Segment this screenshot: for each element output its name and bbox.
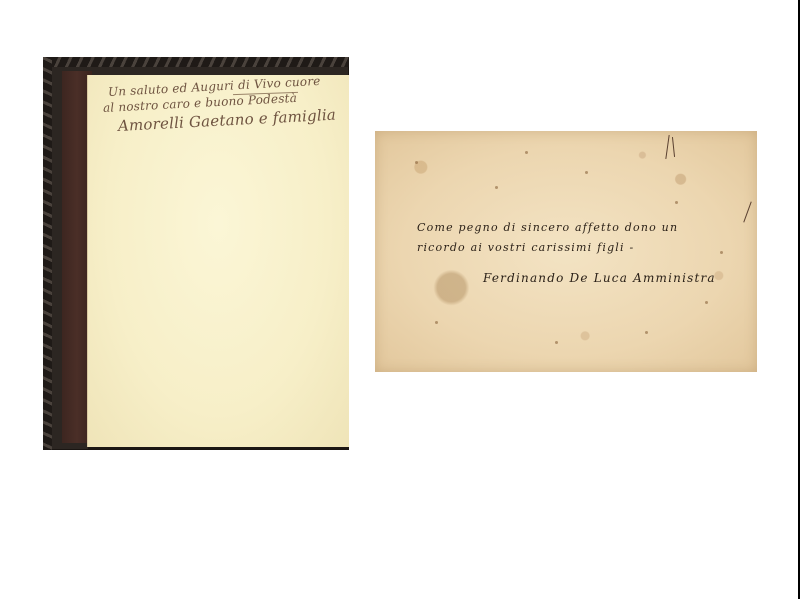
stain-speck xyxy=(585,171,588,174)
stain-speck xyxy=(525,151,528,154)
stain-speck xyxy=(720,251,723,254)
stain-speck xyxy=(495,186,498,189)
stain-speck xyxy=(415,161,418,164)
ink-mark xyxy=(743,201,751,222)
right-handwriting-line-1: Come pegno di sincero affetto dono un xyxy=(417,221,678,234)
stain-speck xyxy=(705,301,708,304)
stain-speck xyxy=(645,331,648,334)
frame-border-top xyxy=(43,57,349,67)
right-document-image: Come pegno di sincero affetto dono un ri… xyxy=(375,131,757,372)
stain-speck xyxy=(435,321,438,324)
ink-mark xyxy=(665,135,669,159)
left-document-image: Un saluto ed Auguri di Vivo cuore al nos… xyxy=(43,57,349,450)
ink-mark xyxy=(672,137,675,157)
frame-border-left xyxy=(43,57,52,450)
right-handwriting-signature: Ferdinando De Luca Amministra xyxy=(483,271,716,285)
stain-speck xyxy=(675,201,678,204)
stain-speck xyxy=(555,341,558,344)
right-handwriting-line-2: ricordo ai vostri carissimi figli - xyxy=(417,241,634,254)
